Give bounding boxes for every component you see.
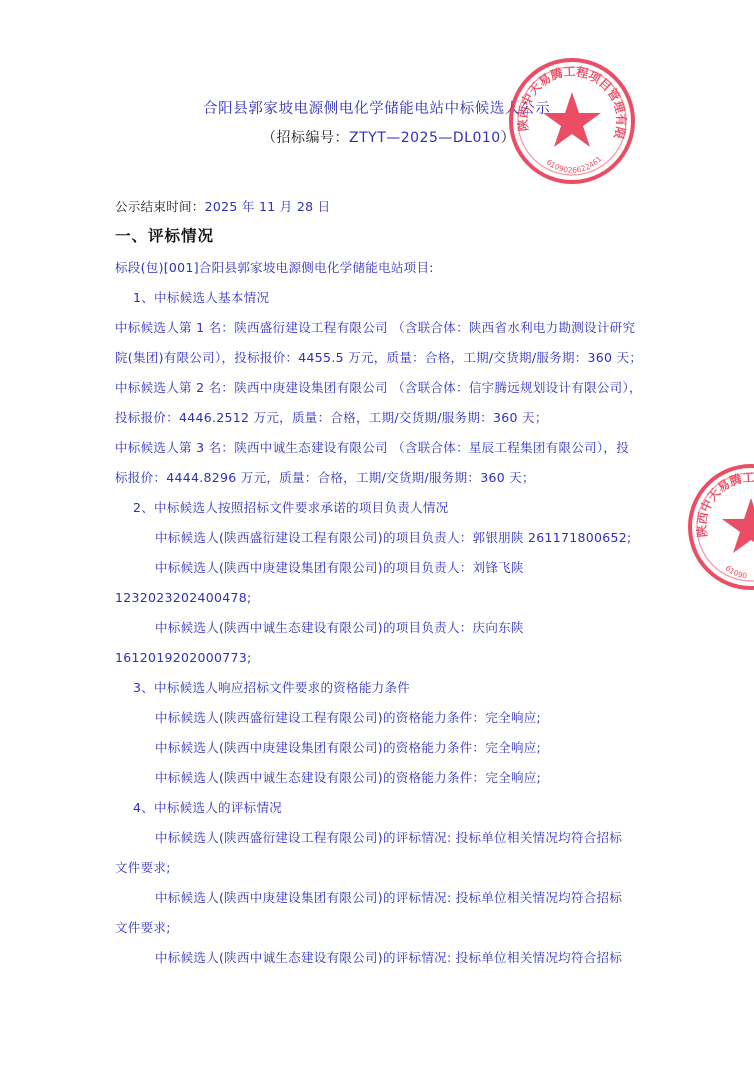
document-title: 合阳县郭家坡电源侧电化学储能电站中标候选人公示 (203, 101, 550, 117)
evaluation-line: 中标候选人(陕西中诚生态建设有限公司)的评标情况: 投标单位相关情况均符合招标 (155, 950, 622, 966)
qualification-line: 中标候选人(陕西盛衍建设工程有限公司)的资格能力条件：完全响应; (155, 710, 541, 726)
section-heading-evaluation: 一、评标情况 (115, 228, 214, 244)
subheading-evaluation: 4、中标候选人的评标情况 (133, 800, 282, 816)
candidate-line: 中标候选人第 2 名：陕西中庚建设集团有限公司 （含联合体：信宇腾远规划设计有限… (115, 380, 642, 396)
leader-line: 中标候选人(陕西中诚生态建设有限公司)的项目负责人：庆向东陕 (155, 620, 524, 636)
tender-number-code: ZTYT—2025—DL010 (349, 130, 501, 146)
subheading-qualification: 3、中标候选人响应招标文件要求的资格能力条件 (133, 680, 410, 696)
document-page: 合阳县郭家坡电源侧电化学储能电站中标候选人公示 （招标编号：ZTYT—2025—… (0, 0, 754, 1070)
leader-line: 1612019202000773; (115, 650, 252, 666)
candidate-line: 标报价：4444.8296 万元，质量：合格，工期/交货期/服务期：360 天； (115, 470, 535, 486)
evaluation-line: 文件要求; (115, 860, 171, 876)
subheading-project-leader: 2、中标候选人按照招标文件要求承诺的项目负责人情况 (133, 500, 448, 516)
seal-star-icon: 陕西中天易腾工程 61090 (692, 468, 754, 586)
tender-number: （招标编号：ZTYT—2025—DL010） (262, 130, 515, 146)
candidate-line: 中标候选人第 1 名：陕西盛衍建设工程有限公司 （含联合体：陕西省水利电力勘测设… (115, 320, 635, 336)
svg-text:61090: 61090 (724, 564, 748, 581)
publicity-end-time: 公示结束时间：2025 年 11 月 28 日 (115, 199, 330, 215)
tender-number-label: （招标编号： (262, 130, 349, 146)
qualification-line: 中标候选人(陕西中庚建设集团有限公司)的资格能力条件：完全响应; (155, 740, 541, 756)
company-seal-stamp: 陕西中天易腾工程项目管理有限公司 6109026622461 (509, 58, 635, 184)
evaluation-line: 中标候选人(陕西中庚建设集团有限公司)的评标情况: 投标单位相关情况均符合招标 (155, 890, 622, 906)
company-seal-stamp-partial: 陕西中天易腾工程 61090 (688, 464, 754, 590)
candidate-line: 中标候选人第 3 名：陕西中诚生态建设有限公司 （含联合体：星辰工程集团有限公司… (115, 440, 629, 456)
leader-line: 中标候选人(陕西中庚建设集团有限公司)的项目负责人：刘锋飞陕 (155, 560, 524, 576)
evaluation-line: 中标候选人(陕西盛衍建设工程有限公司)的评标情况: 投标单位相关情况均符合招标 (155, 830, 622, 846)
leader-line: 1232023202400478; (115, 590, 252, 606)
evaluation-line: 文件要求; (115, 920, 171, 936)
candidate-line: 投标报价：4446.2512 万元，质量：合格，工期/交货期/服务期：360 天… (115, 410, 548, 426)
qualification-line: 中标候选人(陕西中诚生态建设有限公司)的资格能力条件：完全响应; (155, 770, 541, 786)
end-time-value: 2025 年 11 月 28 日 (205, 199, 331, 214)
candidate-line: 院(集团)有限公司），投标报价：4455.5 万元，质量：合格，工期/交货期/服… (115, 350, 642, 366)
leader-line: 中标候选人(陕西盛衍建设工程有限公司)的项目负责人：郭银朋陕 261171800… (155, 530, 632, 546)
end-time-label: 公示结束时间： (115, 199, 205, 214)
seal-star-icon: 陕西中天易腾工程项目管理有限公司 6109026622461 (513, 62, 631, 180)
lot-line: 标段(包)[001]合阳县郭家坡电源侧电化学储能电站项目: (115, 260, 434, 276)
subheading-basic-info: 1、中标候选人基本情况 (133, 290, 269, 306)
